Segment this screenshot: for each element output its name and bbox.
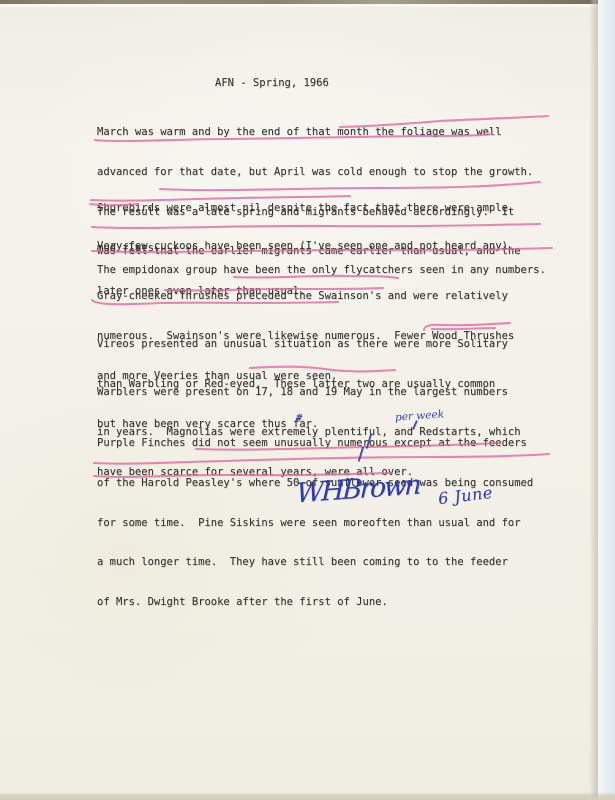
- scan-right-edge: [598, 0, 615, 800]
- paragraph-finches: Purple Finches did not seem unusually nu…: [97, 411, 533, 635]
- page-title: AFN - Spring, 1966: [215, 77, 329, 90]
- text-line: of Mrs. Dwight Brooke after the first of…: [97, 596, 533, 609]
- text-line: a much longer time. They have still been…: [97, 556, 533, 569]
- scan-bottom-edge: [0, 792, 615, 800]
- text-line: for some time. Pine Siskins were seen mo…: [97, 517, 533, 530]
- text-line: Warblers were present on 17, 18 and 19 M…: [97, 386, 521, 399]
- scan-top-edge-highlight: [0, 4, 615, 7]
- document-page: AFN - Spring, 1966 March was warm and by…: [0, 0, 615, 800]
- text-line: Vireos presented an unusual situation as…: [97, 338, 508, 351]
- text-line: Gray-cheeked Thrushes preceded the Swain…: [97, 290, 514, 303]
- paper-right-crease: [589, 0, 598, 800]
- text-line: Purple Finches did not seem unusually nu…: [97, 437, 533, 450]
- text-line: March was warm and by the end of that mo…: [97, 126, 533, 139]
